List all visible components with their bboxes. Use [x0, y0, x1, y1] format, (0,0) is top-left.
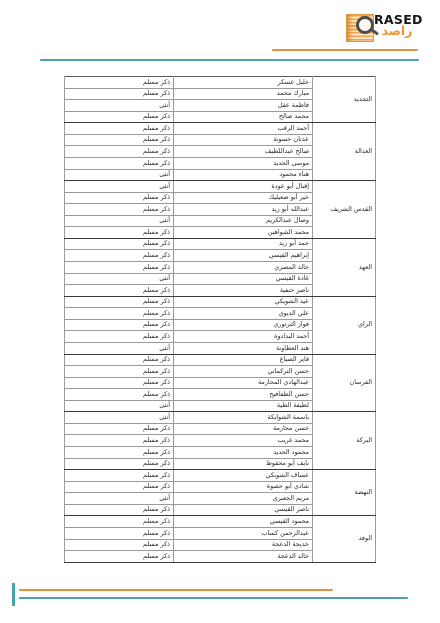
member-gender-cell: ذكر مسلم: [65, 123, 174, 135]
group-name-cell: النهضة: [313, 470, 376, 516]
member-name-cell: محمد غريب: [174, 435, 313, 447]
member-name-cell: خليل عسكر: [174, 77, 313, 89]
member-row: العدالةأحمد الرقبذكر مسلم: [65, 123, 376, 135]
member-gender-cell: ذكر مسلم: [65, 516, 174, 528]
member-gender-cell: أنثى: [65, 342, 174, 354]
member-name-cell: وصال عبدالكريم: [174, 215, 313, 227]
member-name-cell: حمد أبو زيد: [174, 238, 313, 250]
member-name-cell: محمود القيسي: [174, 516, 313, 528]
member-name-cell: خير أبو صعيليك: [174, 192, 313, 204]
member-gender-cell: ذكر مسلم: [65, 157, 174, 169]
member-row: العهدحمد أبو زيدذكر مسلم: [65, 238, 376, 250]
member-gender-cell: أنثى: [65, 273, 174, 285]
member-name-cell: محمد الشواهين: [174, 227, 313, 239]
members-table: التجديدخليل عسكرذكر مسلممبارك محمدذكر مس…: [64, 76, 376, 563]
member-name-cell: عبدالهادي المحارمة: [174, 377, 313, 389]
member-gender-cell: ذكر مسلم: [65, 111, 174, 123]
document-page: RASED راصد التجديدخليل عسكرذكر مسلممبارك…: [0, 0, 440, 623]
member-name-cell: مريم الجعبري: [174, 493, 313, 505]
member-gender-cell: أنثى: [65, 215, 174, 227]
member-name-cell: عيد الشويكي: [174, 296, 313, 308]
member-gender-cell: ذكر مسلم: [65, 377, 174, 389]
member-name-cell: إقبال أبو عودة: [174, 181, 313, 193]
member-row: الرايعيد الشويكيذكر مسلم: [65, 296, 376, 308]
member-gender-cell: ذكر مسلم: [65, 88, 174, 100]
member-name-cell: حسن التركماني: [174, 366, 313, 378]
member-name-cell: نايف أبو محفوظ: [174, 458, 313, 470]
header-teal-rule: [40, 59, 419, 61]
member-gender-cell: ذكر مسلم: [65, 539, 174, 551]
member-name-cell: شادي أبو حصوة: [174, 481, 313, 493]
member-name-cell: فايز الصباغ: [174, 354, 313, 366]
member-gender-cell: ذكر مسلم: [65, 551, 174, 563]
header-orange-rule: [272, 49, 418, 51]
member-name-cell: محمد صالح: [174, 111, 313, 123]
member-name-cell: فاطمة عقل: [174, 100, 313, 112]
group-name-cell: الراي: [313, 296, 376, 354]
group-name-cell: الوفد: [313, 516, 376, 562]
member-gender-cell: ذكر مسلم: [65, 77, 174, 89]
member-gender-cell: ذكر مسلم: [65, 204, 174, 216]
member-name-cell: عبدالرحمن كساب: [174, 527, 313, 539]
member-name-cell: موسى الحديد: [174, 157, 313, 169]
magnifier-icon: [356, 16, 374, 34]
member-name-cell: إبراهيم القيسي: [174, 250, 313, 262]
group-name-cell: العدالة: [313, 123, 376, 181]
member-name-cell: فواز الترتوري: [174, 319, 313, 331]
member-gender-cell: ذكر مسلم: [65, 319, 174, 331]
member-row: التجديدخليل عسكرذكر مسلم: [65, 77, 376, 89]
member-gender-cell: ذكر مسلم: [65, 146, 174, 158]
member-name-cell: عبدالله أبو زيد: [174, 204, 313, 216]
member-name-cell: صالح عبداللطيف: [174, 146, 313, 158]
member-gender-cell: أنثى: [65, 181, 174, 193]
footer-orange-rule: [19, 589, 333, 591]
member-gender-cell: ذكر مسلم: [65, 227, 174, 239]
member-gender-cell: ذكر مسلم: [65, 447, 174, 459]
member-name-cell: حسن الطفافيح: [174, 389, 313, 401]
group-name-cell: العهد: [313, 238, 376, 296]
member-gender-cell: ذكر مسلم: [65, 504, 174, 516]
member-name-cell: لطيفة الطية: [174, 400, 313, 412]
member-gender-cell: ذكر مسلم: [65, 435, 174, 447]
member-gender-cell: أنثى: [65, 412, 174, 424]
member-gender-cell: ذكر مسلم: [65, 262, 174, 274]
member-name-cell: مبارك محمد: [174, 88, 313, 100]
member-gender-cell: أنثى: [65, 100, 174, 112]
group-name-cell: التجديد: [313, 77, 376, 123]
member-gender-cell: أنثى: [65, 169, 174, 181]
member-gender-cell: ذكر مسلم: [65, 366, 174, 378]
member-row: النهضةعساف الشوبكيذكر مسلم: [65, 470, 376, 482]
member-gender-cell: ذكر مسلم: [65, 389, 174, 401]
member-name-cell: ناصر القيسي: [174, 504, 313, 516]
member-gender-cell: ذكر مسلم: [65, 354, 174, 366]
member-gender-cell: ذكر مسلم: [65, 331, 174, 343]
member-gender-cell: ذكر مسلم: [65, 527, 174, 539]
member-gender-cell: ذكر مسلم: [65, 250, 174, 262]
member-gender-cell: ذكر مسلم: [65, 423, 174, 435]
member-name-cell: ناصر حنفية: [174, 285, 313, 297]
member-gender-cell: ذكر مسلم: [65, 192, 174, 204]
member-name-cell: هند العطاونة: [174, 342, 313, 354]
member-name-cell: غادة القيسي: [174, 273, 313, 285]
member-name-cell: حسن محارمة: [174, 423, 313, 435]
member-gender-cell: أنثى: [65, 400, 174, 412]
member-row: الفرسانفايز الصباغذكر مسلم: [65, 354, 376, 366]
member-name-cell: عدنان حسونة: [174, 134, 313, 146]
footer-teal-tick: [12, 583, 15, 606]
member-row: البركةباسمة الشوابكةأنثى: [65, 412, 376, 424]
member-gender-cell: ذكر مسلم: [65, 296, 174, 308]
member-gender-cell: ذكر مسلم: [65, 470, 174, 482]
group-name-cell: القدس الشريف: [313, 181, 376, 239]
member-gender-cell: ذكر مسلم: [65, 458, 174, 470]
member-name-cell: باسمة الشوابكة: [174, 412, 313, 424]
member-name-cell: علي الديوي: [174, 308, 313, 320]
member-gender-cell: ذكر مسلم: [65, 308, 174, 320]
member-gender-cell: ذكر مسلم: [65, 238, 174, 250]
member-gender-cell: ذكر مسلم: [65, 481, 174, 493]
footer-teal-rule: [19, 597, 408, 599]
member-name-cell: خالد الدعجة: [174, 551, 313, 563]
member-row: الوفدمحمود القيسيذكر مسلم: [65, 516, 376, 528]
member-name-cell: هناء محمود: [174, 169, 313, 181]
member-name-cell: أحمد البدادوة: [174, 331, 313, 343]
member-name-cell: خالد المصري: [174, 262, 313, 274]
member-gender-cell: ذكر مسلم: [65, 134, 174, 146]
logo-arabic-text: راصد: [376, 24, 418, 38]
member-name-cell: محمود الحديد: [174, 447, 313, 459]
group-name-cell: البركة: [313, 412, 376, 470]
member-name-cell: خديجة الدعجة: [174, 539, 313, 551]
group-name-cell: الفرسان: [313, 354, 376, 412]
rased-logo: RASED راصد: [345, 11, 419, 42]
member-name-cell: عساف الشوبكي: [174, 470, 313, 482]
member-gender-cell: ذكر مسلم: [65, 285, 174, 297]
member-gender-cell: أنثى: [65, 493, 174, 505]
member-name-cell: أحمد الرقب: [174, 123, 313, 135]
member-row: القدس الشريفإقبال أبو عودةأنثى: [65, 181, 376, 193]
